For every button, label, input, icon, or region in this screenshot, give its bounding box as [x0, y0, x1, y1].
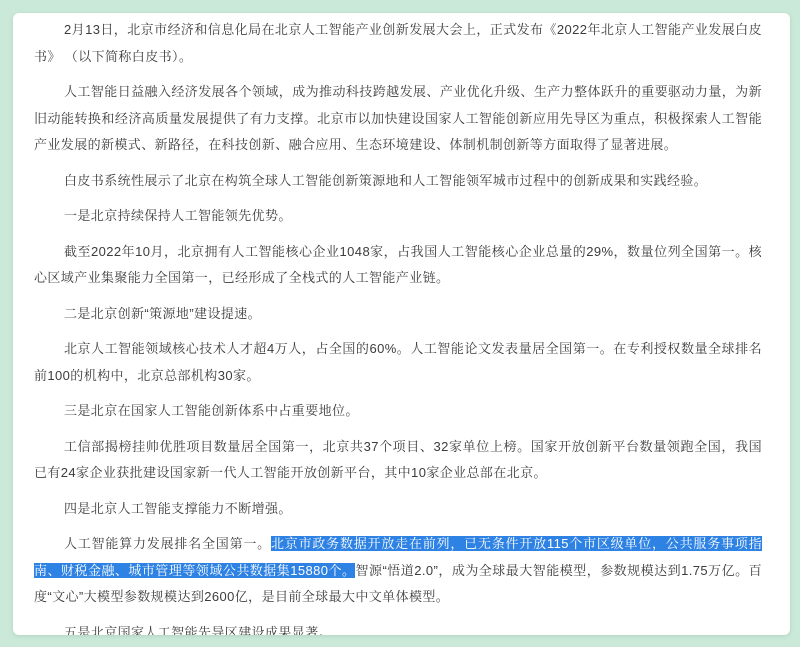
- paragraph-intro: 2月13日，北京市经济和信息化局在北京人工智能产业创新发展大会上，正式发布《20…: [34, 17, 762, 70]
- selection-before-text: 人工智能算力发展排名全国第一。: [64, 536, 271, 551]
- paragraph-point-two-detail: 北京人工智能领域核心技术人才超4万人，占全国的60%。人工智能论文发表量居全国第…: [34, 336, 762, 389]
- paragraph-point-four-detail: 人工智能算力发展排名全国第一。北京市政务数据开放走在前列，已无条件开放115个市…: [34, 531, 762, 611]
- paragraph-overview: 白皮书系统性展示了北京在构筑全球人工智能创新策源地和人工智能领军城市过程中的创新…: [34, 168, 762, 195]
- paragraph-point-one-heading: 一是北京持续保持人工智能领先优势。: [34, 203, 762, 230]
- paragraph-point-one-detail: 截至2022年10月，北京拥有人工智能核心企业1048家，占我国人工智能核心企业…: [34, 239, 762, 292]
- paragraph-point-two-heading: 二是北京创新“策源地”建设提速。: [34, 301, 762, 328]
- paragraph-point-three-detail: 工信部揭榜挂帅优胜项目数量居全国第一，北京共37个项目、32家单位上榜。国家开放…: [34, 434, 762, 487]
- article-content: 2月13日，北京市经济和信息化局在北京人工智能产业创新发展大会上，正式发布《20…: [13, 13, 790, 635]
- paragraph-point-three-heading: 三是北京在国家人工智能创新体系中占重要地位。: [34, 398, 762, 425]
- paragraph-point-four-heading: 四是北京人工智能支撑能力不断增强。: [34, 496, 762, 523]
- article-page: 2月13日，北京市经济和信息化局在北京人工智能产业创新发展大会上，正式发布《20…: [13, 13, 790, 635]
- paragraph-background: 人工智能日益融入经济发展各个领域，成为推动科技跨越发展、产业优化升级、生产力整体…: [34, 79, 762, 159]
- paragraph-point-five-heading: 五是北京国家人工智能先导区建设成果显著。: [34, 620, 762, 636]
